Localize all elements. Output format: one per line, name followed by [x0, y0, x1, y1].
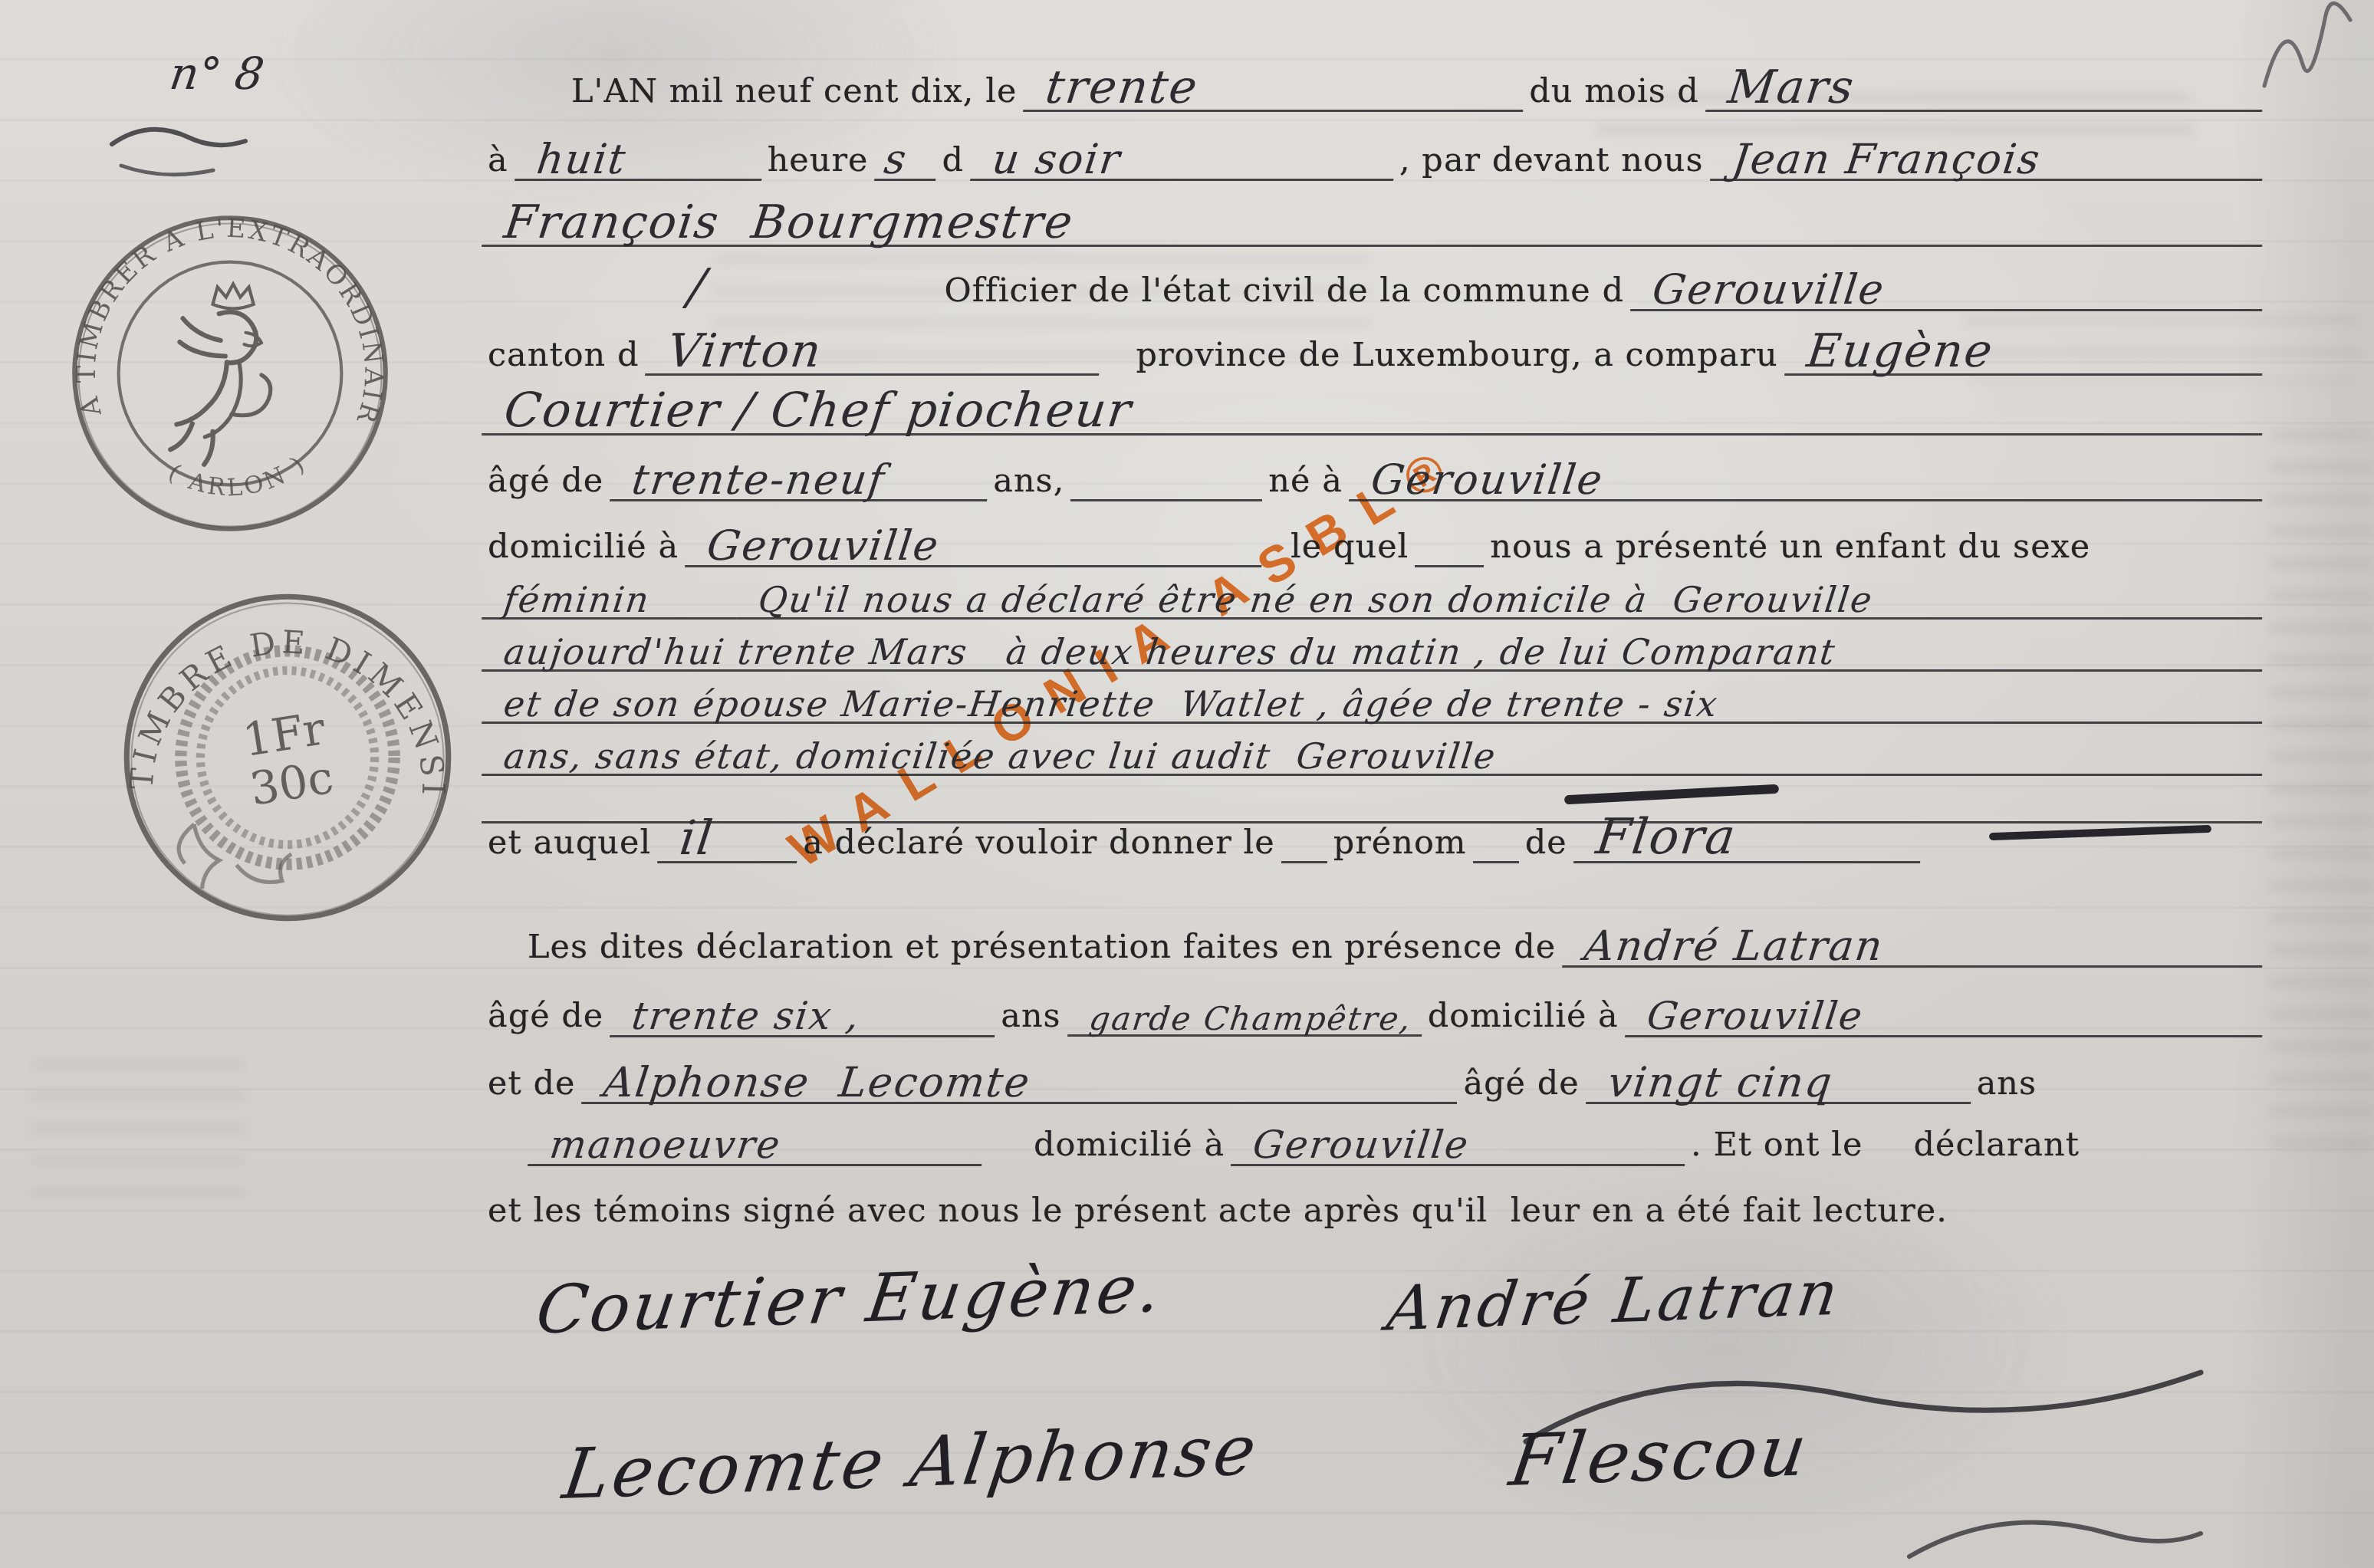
signature-andre-latran: André Latran	[1383, 1257, 1846, 1344]
handwritten-canton: Virton	[645, 330, 1104, 376]
printed-text: déclarant	[1913, 1128, 2080, 1165]
handwritten-declaration: Qu'il nous a déclaré être né en son domi…	[736, 583, 2267, 620]
act-number: n° 8	[166, 48, 267, 100]
handwritten-witness2-residence: Gerouville	[1231, 1127, 1689, 1166]
corner-pencil-mark	[2251, 0, 2373, 92]
ink-dash	[1989, 825, 2211, 840]
handwritten-il: il	[657, 816, 803, 863]
printed-text: province de Luxembourg, a comparu	[1136, 338, 1777, 376]
signature-courtier-eugene: Courtier Eugène.	[531, 1250, 1169, 1349]
printed-text: le quel	[1291, 530, 1409, 567]
handwritten-officer-firstname: Jean François	[1710, 140, 2267, 181]
wreath-ribbon	[236, 854, 291, 883]
handwritten-mother: et de son épouse Marie-Henriette Watlet …	[482, 688, 2267, 724]
form-line-birth-date: aujourd'hui trente Mars à deux heures du…	[482, 621, 2262, 672]
printed-text: de	[1525, 826, 1567, 863]
printed-text: âgé de	[488, 464, 603, 501]
printed-text: Les dites déclaration et présentation fa…	[528, 930, 1556, 968]
signature-tail	[1902, 1503, 2208, 1568]
pen-flourish	[107, 115, 276, 184]
form-line-residence: domicilié à Gerouville le quel nous a pr…	[482, 517, 2262, 567]
handwritten-witness2-age: vingt cinq	[1586, 1063, 1976, 1104]
printed-text: a déclaré vouloir donner le	[803, 826, 1275, 863]
handwritten-soir: u soir	[970, 140, 1399, 181]
handwritten-declarant-name-profession: Courtier / Chef piocheur	[482, 388, 2268, 436]
handwritten-age: trente-neuf	[610, 460, 992, 501]
form-line-mother: et de son épouse Marie-Henriette Watlet …	[482, 673, 2262, 724]
form-line-witness2-details: manoeuvre domicilié à Gerouville . Et on…	[482, 1115, 2262, 1165]
svg-text:( ARLON ): ( ARLON )	[163, 449, 312, 502]
handwritten-witness1-name: André Latran	[1562, 926, 2267, 968]
bleed-through-text	[31, 1058, 245, 1211]
birth-certificate-document: WALLONIA ASBL® A TIMBRER A L'EXTRAORDINA…	[0, 0, 2374, 1568]
printed-text: et de	[488, 1067, 575, 1104]
printed-text: et auquel	[488, 826, 651, 863]
signature-flourish	[1518, 1357, 2208, 1457]
form-line-declarant-name: Courtier / Chef piocheur	[482, 385, 2262, 436]
form-line-closing: et les témoins signé avec nous le présen…	[482, 1181, 2262, 1231]
printed-text: nous a présenté un enfant du sexe	[1490, 530, 2090, 567]
printed-text: né à	[1268, 464, 1342, 501]
form-line-witness1: Les dites déclaration et présentation fa…	[521, 917, 2262, 968]
handwritten-witness1-age: trente six ,	[610, 998, 999, 1037]
handwritten-residence: Gerouville	[685, 526, 1267, 567]
blank-field	[1415, 530, 1484, 567]
handwritten-declarant-firstname: Eugène	[1784, 330, 2268, 376]
printed-text: ans	[1977, 1067, 2037, 1104]
printed-text: domicilié à	[488, 530, 679, 567]
form-line-sex-declaration: féminin Qu'il nous a déclaré être né en …	[482, 569, 2262, 620]
handwritten-child-firstname: Flora	[1573, 814, 1926, 863]
blank-field	[1242, 1067, 1457, 1104]
printed-text: âgé de	[488, 999, 603, 1037]
handwritten-commune: Gerouville	[1630, 270, 2267, 311]
belgian-lion-icon	[170, 284, 271, 464]
printed-text: du mois d	[1529, 74, 1699, 112]
printed-text: Officier de l'état civil de la commune d	[945, 274, 1624, 311]
form-line-date: L'AN mil neuf cent dix, le trente du moi…	[565, 61, 2262, 112]
form-line-hour: à huit heure s d u soir , par devant nou…	[482, 130, 2262, 181]
extraordinaire-stamp: A TIMBRER A L'EXTRAORDINAIRE ( ARLON )	[65, 209, 395, 538]
form-line-age: âgé de trente-neuf ans, né à Gerouville	[482, 451, 2262, 501]
printed-text: ans,	[993, 464, 1064, 501]
handwritten-witness2-profession: manoeuvre	[528, 1127, 986, 1166]
handwritten-hour: huit	[515, 140, 767, 181]
printed-text: à	[488, 143, 508, 181]
printed-text: ans	[1001, 999, 1060, 1037]
handwritten-birthplace: Gerouville	[1349, 460, 2267, 501]
printed-text: . Et ont le	[1691, 1128, 1863, 1165]
form-line-firstname: et auquel il a déclaré vouloir donner le…	[482, 813, 2262, 863]
printed-text: L'AN mil neuf cent dix, le	[571, 74, 1017, 112]
handwritten-month: Mars	[1705, 66, 2267, 112]
handwritten-slash: /	[666, 265, 714, 311]
form-line-officer-name: François Bourgmestre	[482, 196, 2262, 247]
blank-field	[1070, 464, 1262, 501]
signature-lecomte-alphonse: Lecomte Alphonse	[558, 1410, 1264, 1515]
printed-text: heure	[768, 143, 869, 181]
form-line-mother-residence: ans, sans état, domiciliée avec lui audi…	[482, 725, 2262, 776]
dimension-stamp: TIMBRE DE DIMENSION 1Fr 30c	[119, 589, 456, 926]
handwritten-witness1-profession: garde Champêtre,	[1067, 1004, 1425, 1037]
form-line-witness2: et de Alphonse Lecomte âgé de vingt cinq…	[482, 1054, 2262, 1104]
handwritten-sex: féminin	[482, 583, 741, 620]
form-line-commune: / Officier de l'état civil de la commune…	[482, 261, 2262, 311]
printed-text: domicilié à	[1034, 1128, 1225, 1165]
handwritten-mother-residence: ans, sans état, domiciliée avec lui audi…	[482, 740, 2267, 776]
handwritten-witness1-residence: Gerouville	[1625, 998, 2267, 1037]
blank-field	[1281, 826, 1327, 863]
handwritten-witness2-name: Alphonse Lecomte	[581, 1063, 1248, 1104]
handwritten-officer-name: François Bourgmestre	[482, 201, 2267, 247]
bleed-through-margin	[2270, 429, 2374, 1150]
printed-text: domicilié à	[1428, 999, 1619, 1037]
form-line-canton: canton d Virton province de Luxembourg, …	[482, 325, 2262, 376]
printed-text: et les témoins signé avec nous le présen…	[488, 1194, 1948, 1231]
printed-text: , par devant nous	[1399, 143, 1704, 181]
form-line-witness1-details: âgé de trente six , ans garde Champêtre,…	[482, 986, 2262, 1037]
handwritten-plural-s: s	[874, 140, 941, 181]
stamp-bottom-text: ( ARLON )	[163, 449, 312, 502]
printed-text: canton d	[488, 338, 639, 376]
blank-field	[1473, 826, 1519, 863]
printed-text: prénom	[1333, 826, 1467, 863]
handwritten-day: trente	[1023, 66, 1528, 112]
printed-text: d	[942, 143, 964, 181]
printed-text: âgé de	[1463, 1067, 1579, 1104]
handwritten-birth-date: aujourd'hui trente Mars à deux heures du…	[482, 636, 2267, 672]
